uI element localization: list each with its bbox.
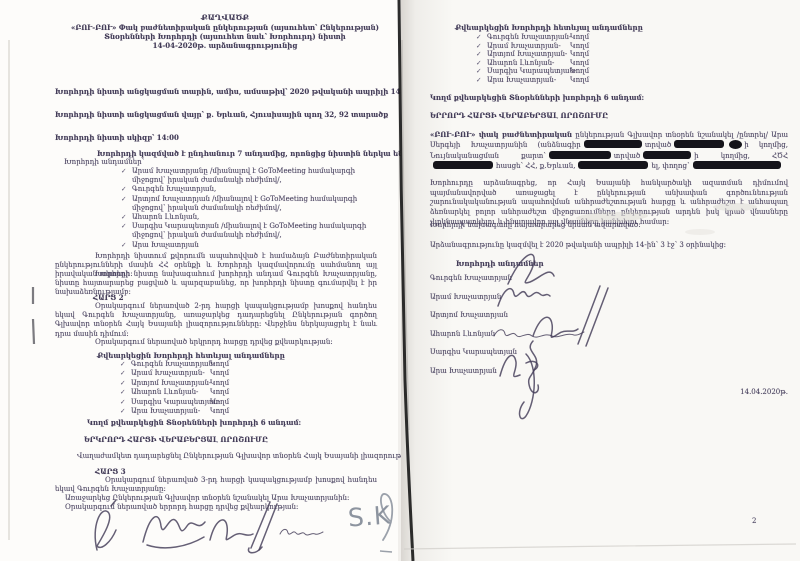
scanned-document: ՔԱՂՎԱԾՔ «ԲՈՒ-ԲՈՒ» Փակ բաժնետիրական ընկեր… [0, 0, 800, 561]
page2-bottom-edge [404, 544, 796, 549]
scan-smudge [713, 203, 757, 211]
scan-artifacts [0, 0, 800, 561]
scan-smudge [576, 211, 648, 224]
scan-smudge [685, 229, 715, 235]
binding-marks [33, 287, 34, 344]
pen-dash [380, 551, 392, 552]
sk-signature-flourish [381, 494, 392, 540]
